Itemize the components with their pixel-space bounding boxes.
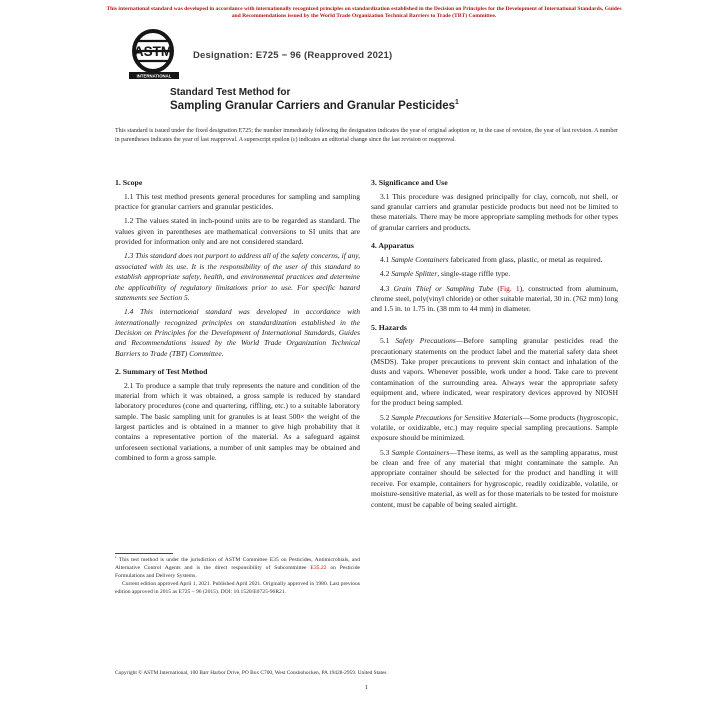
clause-number: 5.1	[380, 336, 395, 345]
defined-term: Sample Containers	[392, 448, 450, 457]
clause-number: 5.3	[380, 448, 392, 457]
copyright-line: Copyright © ASTM International, 100 Barr…	[115, 670, 618, 676]
defined-term: Sample Splitter	[391, 269, 437, 278]
footnote-block: 1 This test method is under the jurisdic…	[115, 553, 360, 597]
title-text: Sampling Granular Carriers and Granular …	[170, 100, 455, 112]
section-heading-scope: 1. Scope	[115, 178, 360, 189]
wto-disclaimer: This international standard was develope…	[104, 6, 624, 21]
paragraph-4-2: 4.2 Sample Splitter, single-stage riffle…	[371, 269, 618, 279]
clause-text: fabricated from glass, plastic, or metal…	[449, 255, 603, 264]
document-header: ASTM INTERNATIONAL Designation: E725 − 9…	[126, 29, 392, 81]
section-heading-summary: 2. Summary of Test Method	[115, 367, 360, 378]
title-kicker: Standard Test Method for	[170, 87, 459, 99]
astm-logo: ASTM INTERNATIONAL	[126, 29, 183, 81]
footnote-1: 1 This test method is under the jurisdic…	[115, 557, 360, 581]
fig-1-link[interactable]: Fig. 1	[500, 284, 520, 293]
footnote-divider	[115, 553, 173, 554]
astm-logo-subtext: INTERNATIONAL	[137, 74, 172, 79]
page-number: 1	[115, 684, 618, 691]
page-title: Sampling Granular Carriers and Granular …	[170, 99, 459, 113]
paragraph-1-1: 1.1 This test method presents general pr…	[115, 192, 360, 213]
paragraph-5-1: 5.1 Safety Precautions—Before sampling g…	[371, 336, 618, 408]
document-page: This international standard was develope…	[0, 0, 722, 722]
paragraph-5-3: 5.3 Sample Containers—These items, as we…	[371, 448, 618, 510]
paragraph-4-3: 4.3 Grain Thief or Sampling Tube (Fig. 1…	[371, 284, 618, 315]
right-column: 3. Significance and Use 3.1 This procedu…	[371, 176, 618, 514]
defined-term: Safety Precautions	[395, 336, 455, 345]
paragraph-4-1: 4.1 Sample Containers fabricated from gl…	[371, 255, 618, 265]
designation-text: Designation: E725 − 96 (Reapproved 2021)	[193, 50, 392, 61]
clause-number: 4.1	[380, 255, 391, 264]
issuance-note: This standard is issued under the fixed …	[115, 127, 618, 145]
paragraph-1-4: 1.4 This international standard was deve…	[115, 307, 360, 359]
clause-text: —Before sampling granular pesticides rea…	[371, 336, 618, 407]
clause-number: 4.2	[380, 269, 391, 278]
title-block: Standard Test Method for Sampling Granul…	[170, 87, 459, 113]
clause-number: 4.3	[380, 284, 394, 293]
title-footnote-marker: 1	[455, 99, 459, 106]
left-column: 1. Scope 1.1 This test method presents g…	[115, 176, 360, 467]
defined-term: Sample Containers	[391, 255, 448, 264]
footnote-2: Current edition approved April 1, 2021. …	[115, 581, 360, 597]
section-heading-apparatus: 4. Apparatus	[371, 241, 618, 252]
clause-text: , single-stage riffle type.	[437, 269, 510, 278]
section-heading-hazards: 5. Hazards	[371, 323, 618, 334]
paragraph-5-2: 5.2 Sample Precautions for Sensitive Mat…	[371, 413, 618, 444]
defined-term: Grain Thief or Sampling Tube	[394, 284, 494, 293]
paragraph-1-2: 1.2 The values stated in inch-pound unit…	[115, 216, 360, 247]
astm-logo-text: ASTM	[134, 44, 172, 59]
paragraph-2-1: 2.1 To produce a sample that truly repre…	[115, 381, 360, 464]
clause-text: (	[493, 284, 500, 293]
defined-term: Sample Precautions for Sensitive Materia…	[391, 413, 522, 422]
section-heading-significance: 3. Significance and Use	[371, 178, 618, 189]
clause-number: 5.2	[380, 413, 391, 422]
subcommittee-link[interactable]: E35.22	[310, 565, 326, 571]
paragraph-1-3: 1.3 This standard does not purport to ad…	[115, 251, 360, 303]
paragraph-3-1: 3.1 This procedure was designed principa…	[371, 192, 618, 233]
